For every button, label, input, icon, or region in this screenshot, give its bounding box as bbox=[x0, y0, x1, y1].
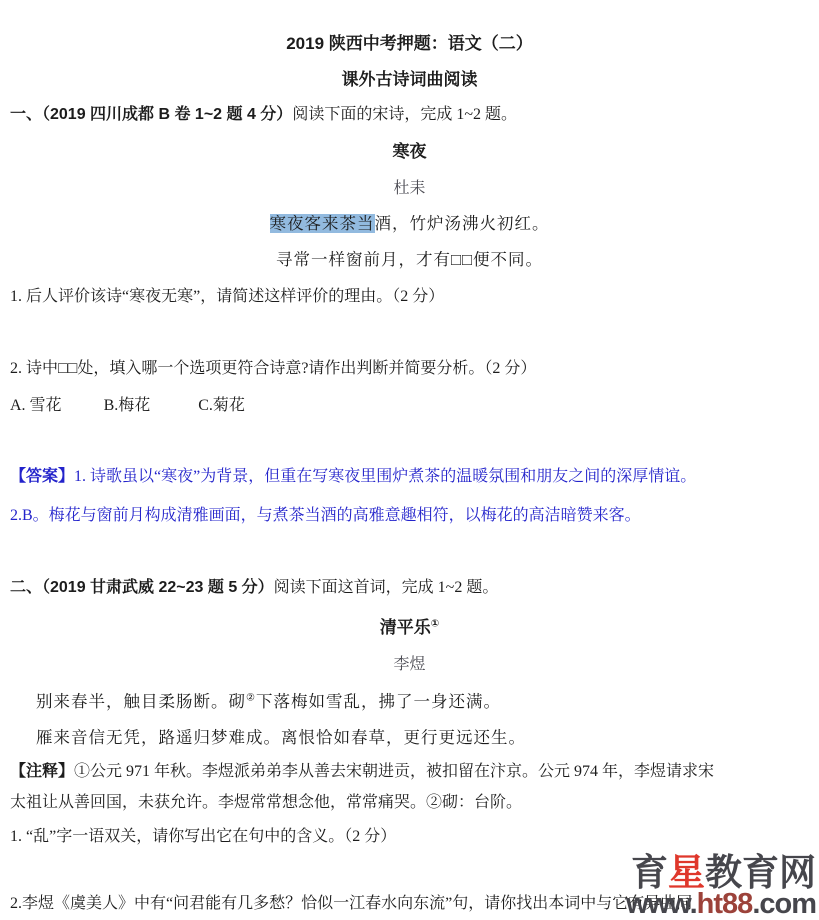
poem1-line2: 寻常一样窗前月，才有□□便不同。 bbox=[0, 250, 819, 270]
poem2-author: 李煜 bbox=[0, 655, 819, 675]
poem2-note2-marker: ② bbox=[246, 693, 256, 704]
poem2-line2: 雁来音信无凭，路遥归梦难成。离恨恰如春草，更行更远还生。 bbox=[10, 728, 811, 748]
option-a: A. 雪花 bbox=[10, 397, 62, 414]
poem2-title: 清平乐① bbox=[0, 618, 819, 638]
page-subtitle: 课外古诗词曲阅读 bbox=[0, 70, 819, 90]
poem1-line1-highlighted-text: 寒夜客来茶当 bbox=[270, 214, 375, 233]
section1-source-label: 一、（2019 四川成都 B 卷 1~2 题 4 分） bbox=[10, 106, 292, 123]
note-line2: 太祖让从善回国，未获允许。李煜常常想念他，常常痛哭。②砌：台阶。 bbox=[10, 793, 811, 813]
answer1-text: 1. 诗歌虽以“寒夜”为背景，但重在写寒夜里围炉煮茶的温暖氛围和朋友之间的深厚情… bbox=[74, 468, 696, 485]
section1-answer-line1: 【答案】1. 诗歌虽以“寒夜”为背景，但重在写寒夜里围炉煮茶的温暖氛围和朋友之间… bbox=[10, 467, 811, 487]
watermark-site-pre: 育 bbox=[631, 852, 668, 893]
answer-label: 【答案】 bbox=[10, 468, 74, 485]
section2-source-label: 二、（2019 甘肃武威 22~23 题 5 分） bbox=[10, 579, 274, 596]
option-c: C.菊花 bbox=[198, 397, 245, 414]
poem2-title-text: 清平乐 bbox=[380, 618, 431, 637]
section2-question1: 1. “乱”字一语双关，请你写出它在句中的含义。（2 分） bbox=[10, 827, 811, 847]
option-b: B.梅花 bbox=[104, 397, 151, 414]
section1-question2: 2. 诗中□□处，填入哪一个选项更符合诗意?请作出判断并简要分析。（2 分） bbox=[10, 359, 811, 379]
watermark-site-post: 教育网 bbox=[705, 852, 816, 893]
section1-instruction: 阅读下面的宋诗，完成 1~2 题。 bbox=[292, 106, 517, 123]
section2-header: 二、（2019 甘肃武威 22~23 题 5 分）阅读下面这首词，完成 1~2 … bbox=[10, 578, 811, 598]
poem2-line1-a: 别来春半，触目柔肠断。砌 bbox=[36, 692, 246, 711]
section1-header: 一、（2019 四川成都 B 卷 1~2 题 4 分）阅读下面的宋诗，完成 1~… bbox=[10, 105, 811, 125]
poem2-line1-b: 下落梅如雪乱，拂了一身还满。 bbox=[256, 692, 501, 711]
watermark-site-name: 育星教育网 bbox=[631, 854, 816, 892]
watermark-site-red-char: 星 bbox=[668, 852, 705, 893]
watermark-url-post: .com bbox=[752, 888, 816, 920]
poem1-line1-rest: 酒，竹炉汤沸火初红。 bbox=[375, 214, 550, 233]
poem2-line1: 别来春半，触目柔肠断。砌②下落梅如雪乱，拂了一身还满。 bbox=[10, 692, 811, 712]
watermark-url-pre: www. bbox=[626, 888, 697, 920]
page-title: 2019 陕西中考押题：语文（二） bbox=[0, 34, 819, 54]
section1-answer-line2: 2.B。梅花与窗前月构成清雅画面，与煮茶当酒的高雅意趣相符，以梅花的高洁暗赞来客… bbox=[10, 506, 811, 526]
note-label: 【注释】 bbox=[10, 763, 74, 780]
section2-instruction: 阅读下面这首词，完成 1~2 题。 bbox=[274, 579, 499, 596]
section1-question1: 1. 后人评价该诗“寒夜无寒”，请简述这样评价的理由。（2 分） bbox=[10, 287, 811, 307]
note-line1: 【注释】①公元 971 年秋。李煜派弟弟李从善去宋朝进贡，被扣留在汴京。公元 9… bbox=[10, 762, 811, 782]
poem1-author: 杜耒 bbox=[0, 179, 819, 199]
exam-paper-page: { "page": { "title": "2019 陕西中考押题：语文（二）"… bbox=[0, 0, 819, 920]
watermark-url: www.ht88.com bbox=[626, 890, 816, 919]
note-text1: ①公元 971 年秋。李煜派弟弟李从善去宋朝进贡，被扣留在汴京。公元 974 年… bbox=[74, 763, 714, 780]
watermark-url-mid: ht88 bbox=[697, 888, 753, 920]
poem2-title-note-marker: ① bbox=[431, 618, 439, 629]
section1-options: A. 雪花B.梅花C.菊花 bbox=[10, 396, 811, 416]
poem1-line1: 寒夜客来茶当酒，竹炉汤沸火初红。 bbox=[0, 214, 819, 234]
poem1-title: 寒夜 bbox=[0, 142, 819, 162]
